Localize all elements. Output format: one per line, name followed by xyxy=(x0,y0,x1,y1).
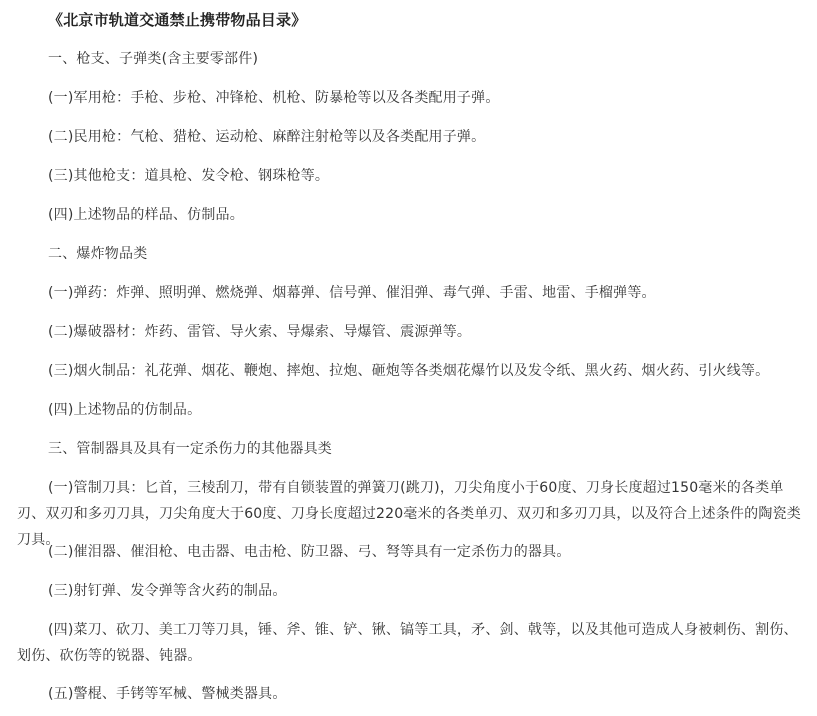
paragraph: (三)射钉弹、发令弹等含火药的制品。 xyxy=(17,578,807,604)
paragraph: (一)军用枪：手枪、步枪、冲锋枪、机枪、防暴枪等以及各类配用子弹。 xyxy=(17,85,807,111)
paragraph: (二)爆破器材：炸药、雷管、导火索、导爆索、导爆管、震源弹等。 xyxy=(17,319,807,345)
section-heading: 二、爆炸物品类 xyxy=(17,241,807,267)
paragraph: (四)上述物品的仿制品。 xyxy=(17,397,807,423)
paragraph: (一)弹药：炸弹、照明弹、燃烧弹、烟幕弹、信号弹、催泪弹、毒气弹、手雷、地雷、手… xyxy=(17,280,807,306)
section-heading: 三、管制器具及具有一定杀伤力的其他器具类 xyxy=(17,436,807,462)
paragraph: (四)上述物品的样品、仿制品。 xyxy=(17,202,807,228)
section-heading: 一、枪支、子弹类(含主要零部件) xyxy=(17,46,807,72)
paragraph: (三)烟火制品：礼花弹、烟花、鞭炮、摔炮、拉炮、砸炮等各类烟花爆竹以及发令纸、黑… xyxy=(17,358,807,384)
paragraph: (三)其他枪支：道具枪、发令枪、钢珠枪等。 xyxy=(17,163,807,189)
paragraph: (二)民用枪：气枪、猎枪、运动枪、麻醉注射枪等以及各类配用子弹。 xyxy=(17,124,807,150)
paragraph: (四)菜刀、砍刀、美工刀等刀具，锤、斧、锥、铲、锹、镐等工具，矛、剑、戟等，以及… xyxy=(17,617,807,669)
paragraph: (五)警棍、手铐等军械、警械类器具。 xyxy=(17,681,807,707)
paragraph: (二)催泪器、催泪枪、电击器、电击枪、防卫器、弓、弩等具有一定杀伤力的器具。 xyxy=(17,539,807,565)
document-title: 《北京市轨道交通禁止携带物品目录》 xyxy=(17,7,807,33)
